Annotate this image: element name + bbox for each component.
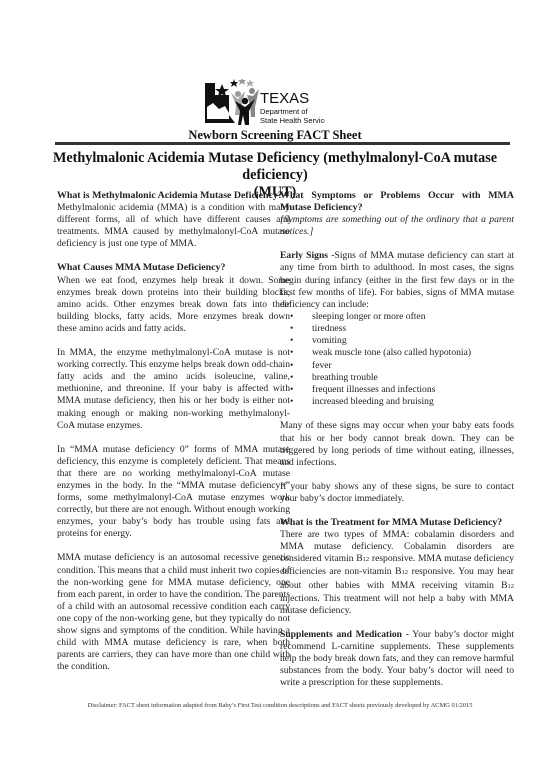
heading-treatment: What is the Treatment for MMA Mutase Def…: [280, 517, 514, 529]
list-item: •frequent illnesses and infections: [280, 384, 514, 396]
sign-text: weak muscle tone (also called hypotonia): [312, 347, 471, 358]
logo-texas-text: TEXAS: [260, 90, 309, 107]
texas-logo-icon: TEXAS Department of State Health Service…: [205, 79, 325, 129]
bullet-icon: •: [290, 347, 293, 359]
disclaimer-footer: Disclaimer: FACT sheet information adapt…: [40, 702, 520, 709]
sign-text: vomiting: [312, 335, 347, 346]
b12-subscript: 12: [508, 583, 515, 590]
supplements-label: Supplements and Medication -: [280, 629, 409, 640]
paragraph-supplements: Supplements and Medication - Your baby’s…: [280, 629, 514, 689]
symptoms-note-text: [Symptoms are something out of the ordin…: [280, 214, 514, 237]
bullet-icon: •: [290, 335, 293, 347]
bullet-icon: •: [290, 384, 293, 396]
heading-causes: What Causes MMA Mutase Deficiency?: [57, 262, 290, 274]
right-column: What Symptoms or Problems Occur with MMA…: [280, 190, 514, 689]
dshs-logo: TEXAS Department of State Health Service…: [205, 79, 325, 129]
sign-text: sleeping longer or more often: [312, 311, 426, 322]
bullet-icon: •: [290, 360, 293, 372]
list-item: •weak muscle tone (also called hypotonia…: [280, 347, 514, 359]
paragraph-contact-doctor: If your baby shows any of these signs, b…: [280, 481, 514, 505]
early-signs-label: Early Signs -: [280, 250, 335, 261]
heading-symptoms: What Symptoms or Problems Occur with MMA…: [280, 190, 514, 214]
heading-what-is: What is Methylmalonic Acidemia Mutase De…: [57, 190, 290, 202]
paragraph-treatment: There are two types of MMA: cobalamin di…: [280, 529, 514, 617]
paragraph-inheritance: MMA mutase deficiency is an autosomal re…: [57, 552, 290, 673]
sheet-title: Newborn Screening FACT Sheet: [0, 128, 550, 143]
list-item: •vomiting: [280, 335, 514, 347]
list-item: •tiredness: [280, 323, 514, 335]
bullet-icon: •: [290, 311, 293, 323]
paragraph-causes-2: In MMA, the enzyme methylmalonyl-CoA mut…: [57, 347, 290, 432]
paragraph-causes-1: When we eat food, enzymes help break it …: [57, 275, 290, 335]
paragraph-what-is: Methylmalonic acidemia (MMA) is a condit…: [57, 202, 290, 250]
logo-department-text: Department of: [260, 107, 308, 116]
list-item: •increased bleeding and bruising: [280, 396, 514, 408]
bullet-icon: •: [290, 323, 293, 335]
sign-text: breathing trouble: [312, 372, 378, 383]
sign-text: frequent illnesses and infections: [312, 384, 435, 395]
symptoms-note: [Symptoms are something out of the ordin…: [280, 214, 514, 238]
sign-text: tiredness: [312, 323, 346, 334]
list-item: •fever: [280, 360, 514, 372]
bullet-icon: •: [290, 396, 293, 408]
sign-text: increased bleeding and bruising: [312, 396, 434, 407]
paragraph-causes-3: In “MMA mutase deficiency 0” forms of MM…: [57, 444, 290, 541]
left-column: What is Methylmalonic Acidemia Mutase De…: [57, 190, 290, 673]
paragraph-early-signs: Early Signs -Signs of MMA mutase deficie…: [280, 250, 514, 310]
list-item: •sleeping longer or more often: [280, 311, 514, 323]
header-divider: [55, 142, 510, 145]
signs-list: •sleeping longer or more often •tirednes…: [280, 311, 514, 409]
logo-agency-text: State Health Services: [260, 116, 325, 125]
bullet-icon: •: [290, 372, 293, 384]
document-title-line1: Methylmalonic Acidemia Mutase Deficiency…: [30, 150, 520, 184]
paragraph-triggers: Many of these signs may occur when your …: [280, 420, 514, 468]
list-item: •breathing trouble: [280, 372, 514, 384]
treatment-text-4: injections. This treatment will not help…: [280, 593, 514, 616]
sign-text: fever: [312, 360, 332, 371]
